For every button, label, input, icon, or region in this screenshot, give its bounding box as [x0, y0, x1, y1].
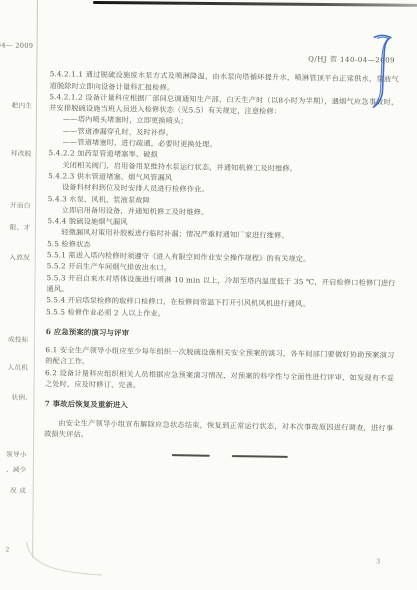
facing-page-fragment: 开而白 [10, 200, 31, 210]
scanned-document-page: { "header_code": "Q/HJ 管 140-04—2009", "… [0, 0, 417, 590]
standard-number-header: Q/HJ 管 140-04—2009 [50, 50, 399, 67]
facing-page-edge-strip: 04— 2009 耙内生 拜改脱 开而白 限、才 入放况 成投标 人员机 状例.… [0, 0, 35, 590]
section-7-heading: 7 事故后恢复及重新进入 [45, 398, 394, 415]
rotated-scan-area: 04— 2009 耙内生 拜改脱 开而白 限、才 入放况 成投标 人员机 状例.… [0, 0, 417, 590]
facing-page-fragment: 人员机 [7, 362, 28, 372]
facing-page-fragment: 拜改脱 [11, 148, 32, 158]
section-6-heading: 6 应急预案的演习与评审 [46, 326, 395, 343]
facing-page-fragment: 领导小 [6, 449, 27, 459]
facing-page-fragment: 04— 2009 [0, 41, 33, 50]
clause-6-2: 6.2 设备计量科应组织相关人员根据应急预案演习情况，对预案的科学性与全面性进行… [45, 367, 394, 395]
clause-7-body: 由安全生产领导小组宣布解除应急状态结束，恢复到正常运行状态，对本次事故原因进行调… [44, 417, 393, 445]
divider-dash [172, 454, 210, 457]
facing-page-fragment: 、减少 [6, 464, 27, 474]
facing-page-fragment: 入放况 [9, 252, 30, 262]
end-of-text-divider [172, 454, 322, 458]
facing-page-fragment: 耙内生 [12, 100, 33, 110]
facing-page-fragment: 况 成 [10, 485, 26, 495]
divider-dash [232, 455, 288, 458]
facing-page-number: 2 [5, 546, 9, 554]
facing-page-fragment: 限、才 [10, 222, 31, 232]
document-body: Q/HJ 管 140-04—2009 5.4.2.1.1 通过脱硫设施废水泵方式… [44, 50, 399, 460]
blue-ink-bracket-annotation [365, 31, 396, 111]
facing-page-fragment: 状例. [11, 392, 27, 402]
facing-page-fragment: 成投标 [8, 334, 29, 344]
page-number: 3 [376, 557, 380, 565]
